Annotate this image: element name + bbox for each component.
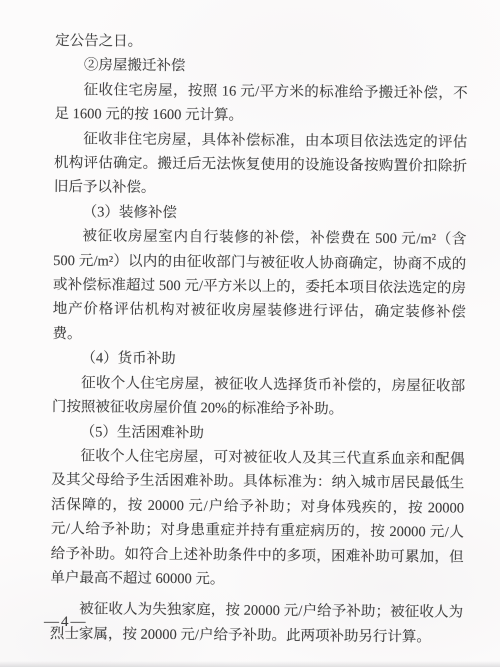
document-paragraph: 征收住宅房屋，按照 16 元/平方米的标准给予搬迁补偿，不足 1600 元的按 … (54, 78, 467, 130)
section-heading: （3）装修补偿 (54, 200, 467, 228)
document-paragraph: 征收非住宅房屋，具体补偿标准，由本项目依法选定的评估机构评估确定。搬迁后无法恢复… (54, 127, 468, 204)
document-paragraph: 被征收人为失独家庭，按 20000 元/户给予补助；被征收人为烈士家属，按 20… (50, 597, 463, 649)
page-number: —4— (44, 610, 88, 634)
document-paragraph: 被征收房屋室内自行装修的补偿，补偿费在 500 元/m²（含 500 元/m²）… (52, 224, 466, 350)
scanned-document-page: 定公告之日。②房屋搬迁补偿征收住宅房屋，按照 16 元/平方米的标准给予搬迁补偿… (0, 0, 500, 667)
document-paragraph: 征收个人住宅房屋，可对被征收人及其三代直系血亲和配偶及其父母给予生活困难补助。具… (50, 444, 464, 594)
section-heading: ②房屋搬迁补偿 (55, 53, 468, 81)
section-heading: （4）货币补助 (52, 346, 465, 374)
document-paragraph: 定公告之日。 (55, 29, 468, 57)
document-paragraph: 征收个人住宅房屋，被征收人选择货币补偿的，房屋征收部门按照被征收房屋价值 20%… (52, 371, 465, 423)
section-heading: （5）生活困难补助 (52, 420, 465, 448)
document-body: 定公告之日。②房屋搬迁补偿征收住宅房屋，按照 16 元/平方米的标准给予搬迁补偿… (50, 29, 468, 650)
